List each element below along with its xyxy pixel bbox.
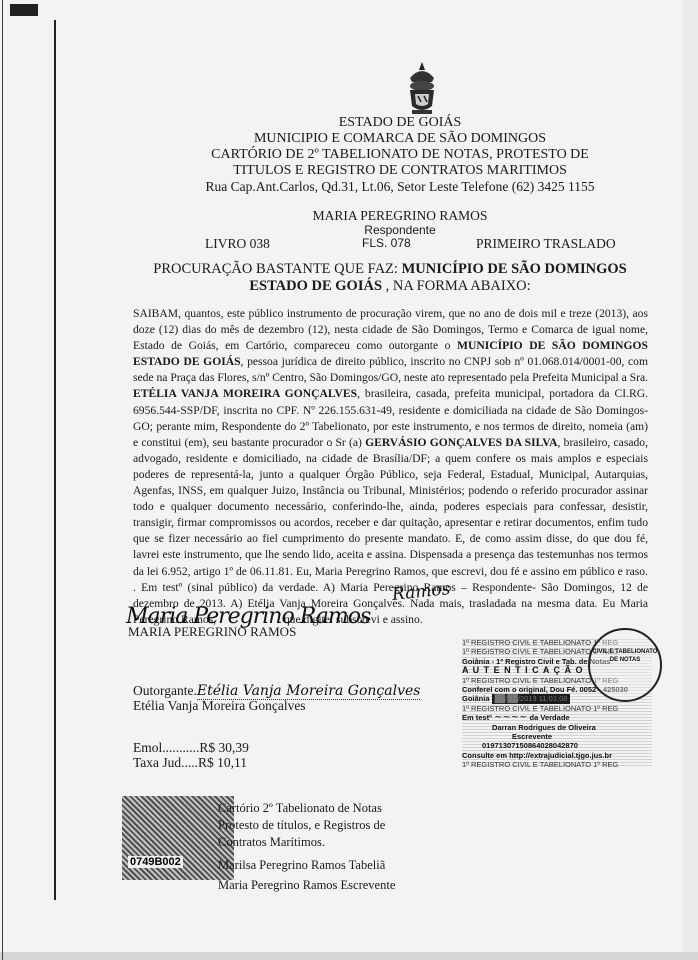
notary-office-stamp: 0749B002 Cartório 2º Tabelionato de Nota… bbox=[122, 796, 380, 896]
header-address: Rua Cap.Ant.Carlos, Qd.31, Lt.06, Setor … bbox=[180, 179, 620, 195]
fee-emolumentos: Emol...........R$ 30,39 bbox=[133, 740, 249, 756]
header-municipality: MUNICIPIO E COMARCA DE SÃO DOMINGOS bbox=[180, 131, 620, 147]
page-margin bbox=[682, 0, 698, 952]
header-office-line2: TITULOS E REGISTRO DE CONTRATOS MARITIMO… bbox=[180, 163, 620, 179]
fee-taxa-judiciaria: Taxa Jud.....R$ 10,11 bbox=[133, 755, 247, 771]
grantor-label: Outorgante.Etélia Vanja Moreira Gonçalve… bbox=[133, 683, 420, 699]
folio-number: FLS. 078 bbox=[362, 236, 411, 250]
grantor-printed-name: Etélia Vanja Moreira Gonçalves bbox=[133, 698, 306, 714]
header-office-line1: CARTÓRIO DE 2º TABELIONATO DE NOTAS, PRO… bbox=[180, 147, 620, 163]
notary-stamp-text: Cartório 2º Tabelionato de Notas Protest… bbox=[218, 800, 395, 894]
redaction-mark bbox=[10, 4, 38, 16]
notary-stamp-code: 0749B002 bbox=[128, 856, 183, 868]
redacted-datetime: ██/██/2013 11:01:08 bbox=[492, 694, 571, 703]
page-bottom-edge bbox=[0, 952, 698, 960]
header-state: ESTADO DE GOIÁS bbox=[180, 115, 620, 131]
document-title-line1: PROCURAÇÃO BASTANTE QUE FAZ: MUNICÍPIO D… bbox=[125, 261, 655, 278]
notary-round-seal: CIVIL E TABELIONATO DE NOTAS bbox=[588, 628, 662, 702]
respondent-role: Respondente bbox=[300, 223, 500, 237]
document-title-line2: ESTADO DE GOIÁS , NA FORMA ABAIXO: bbox=[125, 278, 655, 295]
margin-rule bbox=[54, 20, 56, 900]
scan-edge-line bbox=[2, 0, 3, 960]
goias-coat-of-arms-icon bbox=[402, 60, 442, 118]
respondent-printed-name: MARIA PEREGRINO RAMOS bbox=[128, 624, 296, 640]
respondent-name: MARIA PEREGRINO RAMOS bbox=[300, 208, 500, 224]
copy-label: PRIMEIRO TRASLADO bbox=[476, 236, 616, 252]
book-number: LIVRO 038 bbox=[205, 236, 270, 252]
deed-body: SAIBAM, quantos, este público instrument… bbox=[133, 306, 648, 628]
